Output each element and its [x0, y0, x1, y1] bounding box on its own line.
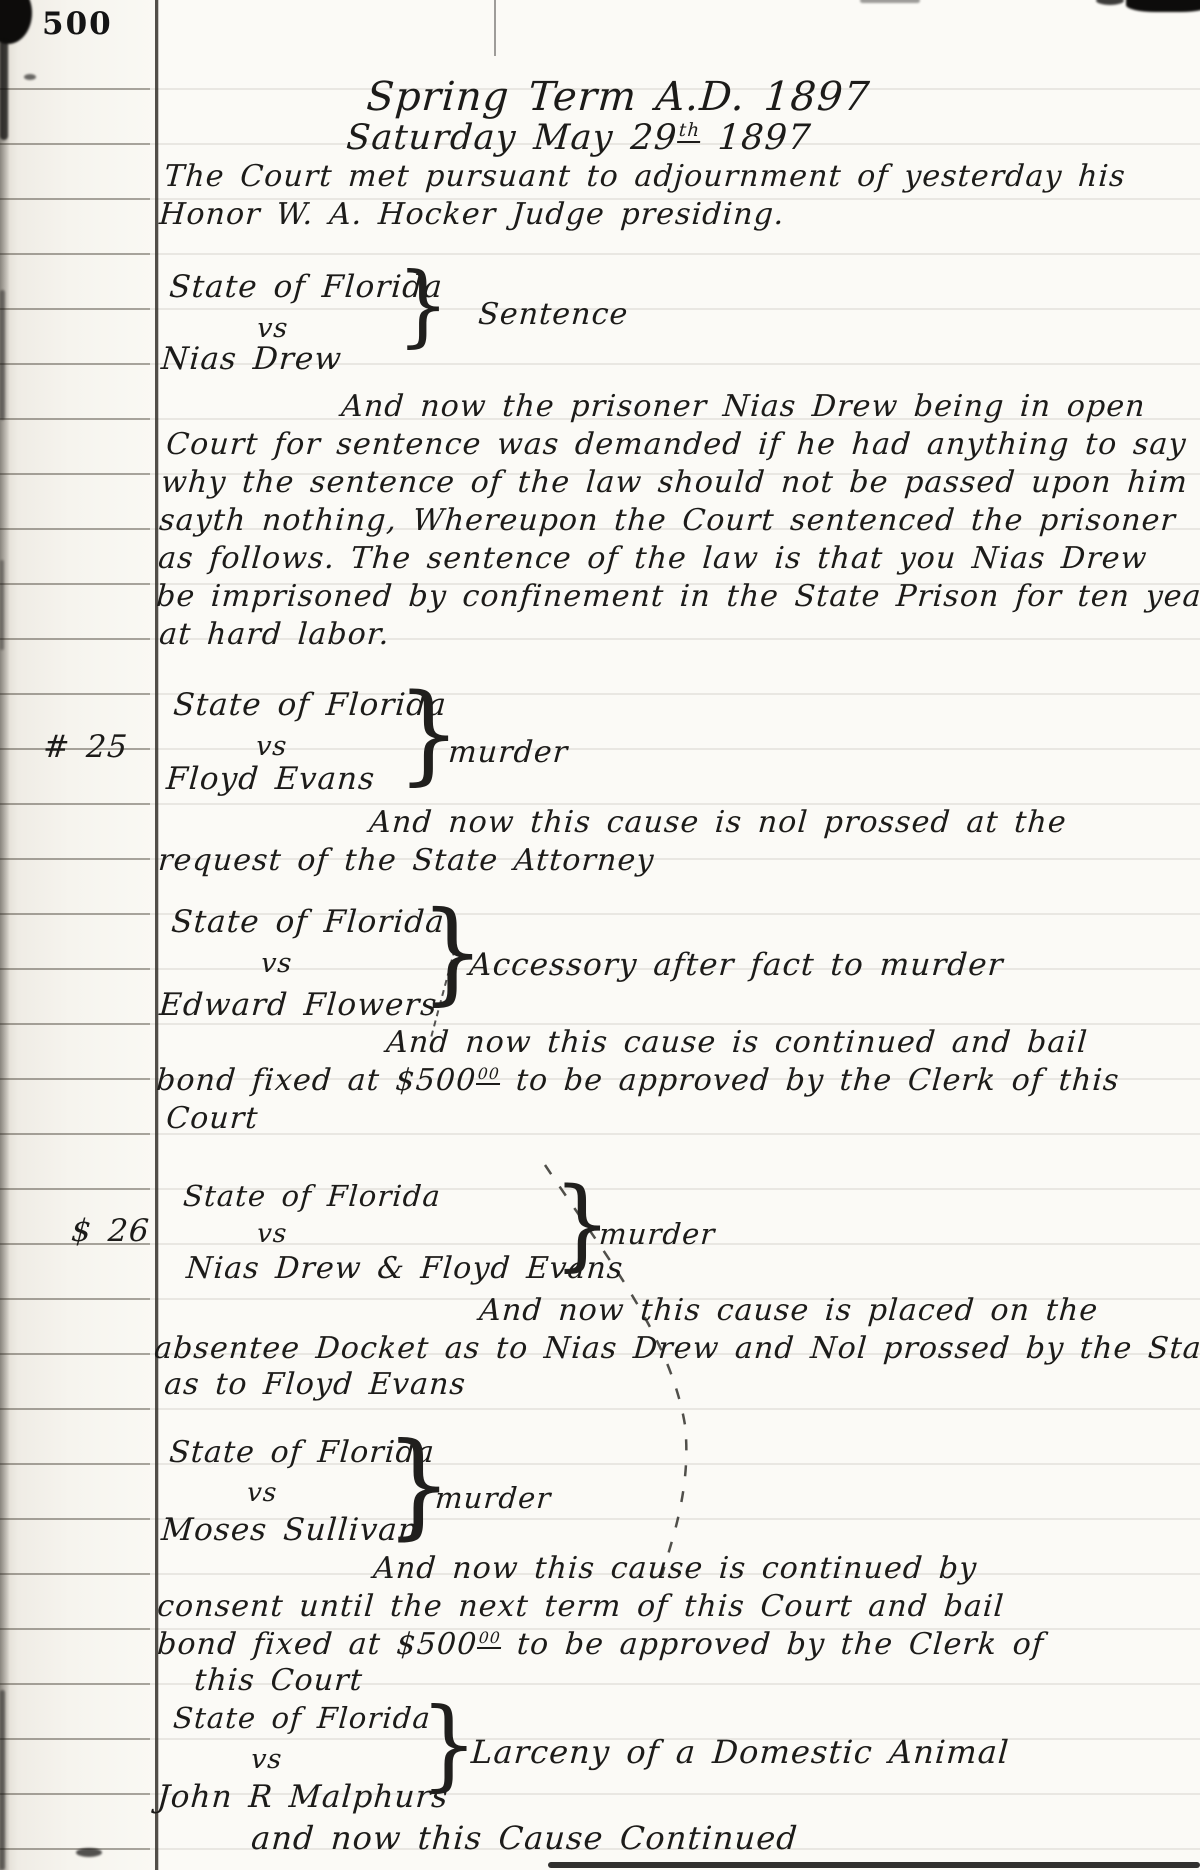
- case-defendant: Edward Flowers: [158, 988, 439, 1024]
- date-superscript: th: [677, 120, 702, 143]
- case-vs: vs: [255, 731, 288, 762]
- page-number: 500: [42, 6, 113, 42]
- case-body-line: and now this Cause Continued: [250, 1820, 799, 1857]
- scan-speck: [860, 0, 920, 3]
- date-text: Saturday May 29: [345, 118, 679, 158]
- date-year: 1897: [699, 118, 813, 158]
- left-margin-column: [0, 0, 157, 1870]
- scan-smudge: [0, 560, 4, 650]
- opening-line-1: The Court met pursuant to adjournment of…: [163, 160, 1127, 195]
- scan-edge-bottom: [548, 1862, 1200, 1868]
- scan-speck: [24, 74, 36, 80]
- case-body-line: bond fixed at $50000 to be approved by t…: [156, 1628, 1045, 1663]
- case-body-line: And now the prisoner Nias Drew being in …: [340, 390, 1147, 425]
- scan-smudge-top-right: [1126, 0, 1200, 12]
- margin-case-number-26: $ 26: [70, 1214, 151, 1250]
- case-body-line: be imprisoned by confinement in the Stat…: [155, 580, 1200, 615]
- case-plaintiff: State of Florida: [172, 1702, 432, 1735]
- scan-smudge: [0, 290, 5, 420]
- case-body-line: consent until the next term of this Cour…: [156, 1590, 1006, 1625]
- case-charge: murder: [447, 736, 569, 771]
- case-body-line: bond fixed at $50000 to be approved by t…: [155, 1064, 1121, 1099]
- paper-crease-line: [494, 0, 496, 56]
- scan-smudge: [0, 1690, 5, 1870]
- opening-line-2: Honor W. A. Hocker Judge presiding.: [158, 198, 786, 233]
- body-text: bond fixed at $500: [155, 1063, 478, 1098]
- case-body-line: And now this cause is continued by: [372, 1552, 978, 1587]
- case-body-line: And now this cause is placed on the: [478, 1294, 1099, 1329]
- scan-speck: [1096, 0, 1124, 5]
- scan-edge-shadow: [0, 0, 10, 1870]
- case-body-line: And now this cause is continued and bail: [385, 1026, 1089, 1061]
- cents-superscript: 00: [476, 1065, 501, 1085]
- case-charge: Sentence: [477, 298, 630, 333]
- case-defendant: Floyd Evans: [165, 762, 376, 798]
- case-charge: Larceny of a Domestic Animal: [470, 1734, 1011, 1771]
- case-body-line: And now this cause is nol prossed at the: [368, 806, 1068, 841]
- term-heading: Spring Term A.D. 1897: [365, 74, 872, 120]
- case-vs: vs: [256, 1220, 288, 1250]
- body-text: to be approved by the Clerk of this: [499, 1063, 1121, 1098]
- scan-smudge: [0, 40, 8, 140]
- case-brace: }: [420, 1696, 478, 1794]
- case-body-line: why the sentence of the law should not b…: [160, 466, 1189, 501]
- case-body-line: absentee Docket as to Nias Drew and Nol …: [153, 1332, 1200, 1367]
- case-body-line: sayth nothing, Whereupon the Court sente…: [158, 504, 1177, 539]
- case-body-line: Court for sentence was demanded if he ha…: [165, 428, 1188, 463]
- case-brace: }: [397, 262, 449, 351]
- case-defendant: Moses Sullivan: [160, 1513, 420, 1549]
- case-body-line: request of the State Attorney: [157, 844, 656, 879]
- court-minutes-page: 500 # 25 $ 26 Spring Term A.D. 1897 Satu…: [0, 0, 1200, 1870]
- case-charge: Accessory after fact to murder: [468, 948, 1005, 984]
- case-body-line: as follows. The sentence of the law is t…: [157, 542, 1149, 577]
- case-body-line: Court: [165, 1102, 260, 1137]
- case-vs: vs: [246, 1479, 278, 1509]
- date-heading: Saturday May 29th 1897: [345, 118, 813, 158]
- case-brace: }: [397, 680, 461, 788]
- case-vs: vs: [250, 1744, 283, 1775]
- case-charge: murder: [598, 1218, 717, 1251]
- case-defendant: John R Malphurs: [156, 1780, 450, 1816]
- case-plaintiff: State of Florida: [170, 905, 446, 941]
- case-vs: vs: [260, 948, 293, 979]
- case-body-line: this Court: [193, 1664, 364, 1699]
- case-charge: murder: [434, 1482, 553, 1515]
- case-defendant: Nias Drew: [160, 342, 343, 378]
- scan-speck: [76, 1848, 102, 1857]
- cents-superscript: 00: [477, 1629, 502, 1649]
- body-text: to be approved by the Clerk of: [500, 1627, 1045, 1662]
- case-body-line: at hard labor.: [158, 618, 391, 653]
- margin-case-number-25: # 25: [42, 730, 129, 766]
- case-vs: vs: [256, 313, 289, 344]
- case-body-line: as to Floyd Evans: [163, 1368, 467, 1403]
- body-text: bond fixed at $500: [156, 1627, 479, 1662]
- case-plaintiff: State of Florida: [182, 1180, 442, 1213]
